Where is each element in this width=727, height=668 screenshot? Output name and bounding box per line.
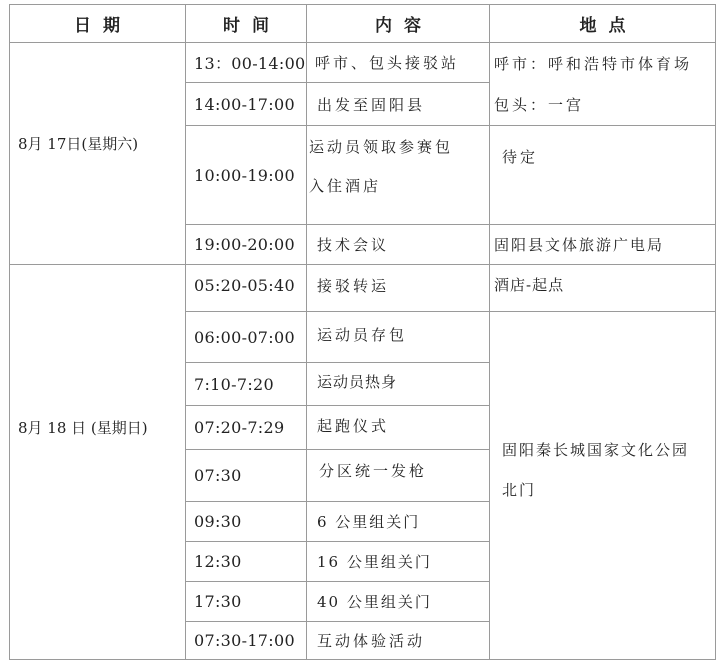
content-value: 呼市、包头接驳站 — [315, 52, 459, 73]
time-value: 07:30-17:00 — [194, 631, 295, 650]
checkin-location-cell: 待定 — [490, 126, 716, 225]
table-row-time: 07:30-17:00 — [186, 622, 307, 660]
table-row-time: 05:20-05:40 — [186, 265, 307, 312]
header-date-label: 日期 — [74, 11, 132, 36]
time-value: 07:30 — [194, 466, 242, 485]
header-time: 时间 — [186, 4, 307, 43]
content-value: 起跑仪式 — [317, 415, 389, 436]
table-row-content: 技术会议 — [307, 225, 490, 265]
table-row-content: 6 公里组关门 — [307, 502, 490, 542]
content-value: 互动体验活动 — [317, 630, 425, 651]
location-value: 固阳县文体旅游广电局 — [494, 234, 664, 255]
table-row-time: 12:30 — [186, 542, 307, 582]
time-value: 07:20-7:29 — [194, 418, 284, 437]
meeting-location-cell: 固阳县文体旅游广电局 — [490, 225, 716, 265]
day2-date: 8月 18 日 (星期日) — [18, 417, 148, 438]
content-value: 出发至固阳县 — [317, 94, 425, 115]
header-time-label: 时间 — [223, 11, 281, 36]
location-line: 固阳秦长城国家文化公园 — [502, 430, 715, 470]
content-value: 技术会议 — [317, 234, 389, 255]
table-row-time: 13：00-14:00 — [186, 43, 307, 83]
content-value: 分区统一发枪 — [319, 460, 427, 481]
shuttle-location-cell: 呼市：呼和浩特市体育场 包头：一宫 — [490, 43, 716, 126]
table-row-time: 07:20-7:29 — [186, 406, 307, 450]
header-date: 日期 — [9, 4, 186, 43]
time-value: 12:30 — [194, 552, 242, 571]
header-location: 地点 — [490, 4, 716, 43]
day1-date: 8月 17日(星期六) — [18, 133, 138, 154]
table-row-content: 运动员领取参赛包 入住酒店 — [307, 126, 490, 225]
content-value: 6 公里组关门 — [317, 511, 420, 532]
table-row-content: 互动体验活动 — [307, 622, 490, 660]
table-row-content: 运动员热身 — [307, 363, 490, 406]
time-value: 09:30 — [194, 512, 242, 531]
content-value: 接驳转运 — [317, 275, 389, 296]
time-value: 13：00-14:00 — [194, 51, 306, 74]
table-row-time: 10:00-19:00 — [186, 126, 307, 225]
time-value: 7:10-7:20 — [194, 375, 274, 394]
day2-date-cell: 8月 18 日 (星期日) — [9, 265, 186, 660]
header-content: 内容 — [307, 4, 490, 43]
time-value: 10:00-19:00 — [194, 166, 295, 185]
table-row-content: 呼市、包头接驳站 — [307, 43, 490, 83]
location-line: 北门 — [502, 470, 715, 510]
table-row-time: 09:30 — [186, 502, 307, 542]
schedule-table: 日期 时间 内容 地点 8月 17日(星期六) 13：00-14:00 呼市、包… — [9, 4, 716, 660]
time-value: 14:00-17:00 — [194, 95, 295, 114]
day1-date-cell: 8月 17日(星期六) — [9, 43, 186, 265]
table-row-time: 19:00-20:00 — [186, 225, 307, 265]
venue-location-cell: 固阳秦长城国家文化公园 北门 — [490, 312, 716, 660]
table-row-time: 7:10-7:20 — [186, 363, 307, 406]
time-value: 06:00-07:00 — [194, 328, 295, 347]
table-row-time: 06:00-07:00 — [186, 312, 307, 363]
content-line: 运动员领取参赛包 — [309, 136, 453, 158]
header-location-label: 地点 — [580, 11, 638, 36]
content-value: 运动员热身 — [317, 371, 397, 392]
time-value: 19:00-20:00 — [194, 235, 295, 254]
content-value: 16 公里组关门 — [317, 551, 432, 572]
location-line: 呼市：呼和浩特市体育场 — [494, 45, 715, 83]
location-value: 待定 — [502, 146, 538, 224]
table-row-content: 16 公里组关门 — [307, 542, 490, 582]
content-line: 入住酒店 — [309, 158, 381, 214]
header-content-label: 内容 — [375, 11, 433, 36]
table-row-time: 07:30 — [186, 450, 307, 502]
location-line: 包头：一宫 — [494, 83, 715, 127]
time-value: 05:20-05:40 — [194, 276, 295, 295]
table-row-content: 分区统一发枪 — [307, 450, 490, 502]
content-value: 运动员存包 — [317, 324, 407, 345]
content-value: 40 公里组关门 — [317, 591, 432, 612]
table-row-content: 40 公里组关门 — [307, 582, 490, 622]
table-row-content: 起跑仪式 — [307, 406, 490, 450]
transfer-location-cell: 酒店-起点 — [490, 265, 716, 312]
time-value: 17:30 — [194, 592, 242, 611]
table-row-content: 出发至固阳县 — [307, 83, 490, 126]
table-row-content: 接驳转运 — [307, 265, 490, 312]
location-value: 酒店-起点 — [494, 274, 564, 311]
table-row-time: 14:00-17:00 — [186, 83, 307, 126]
table-row-content: 运动员存包 — [307, 312, 490, 363]
table-row-time: 17:30 — [186, 582, 307, 622]
